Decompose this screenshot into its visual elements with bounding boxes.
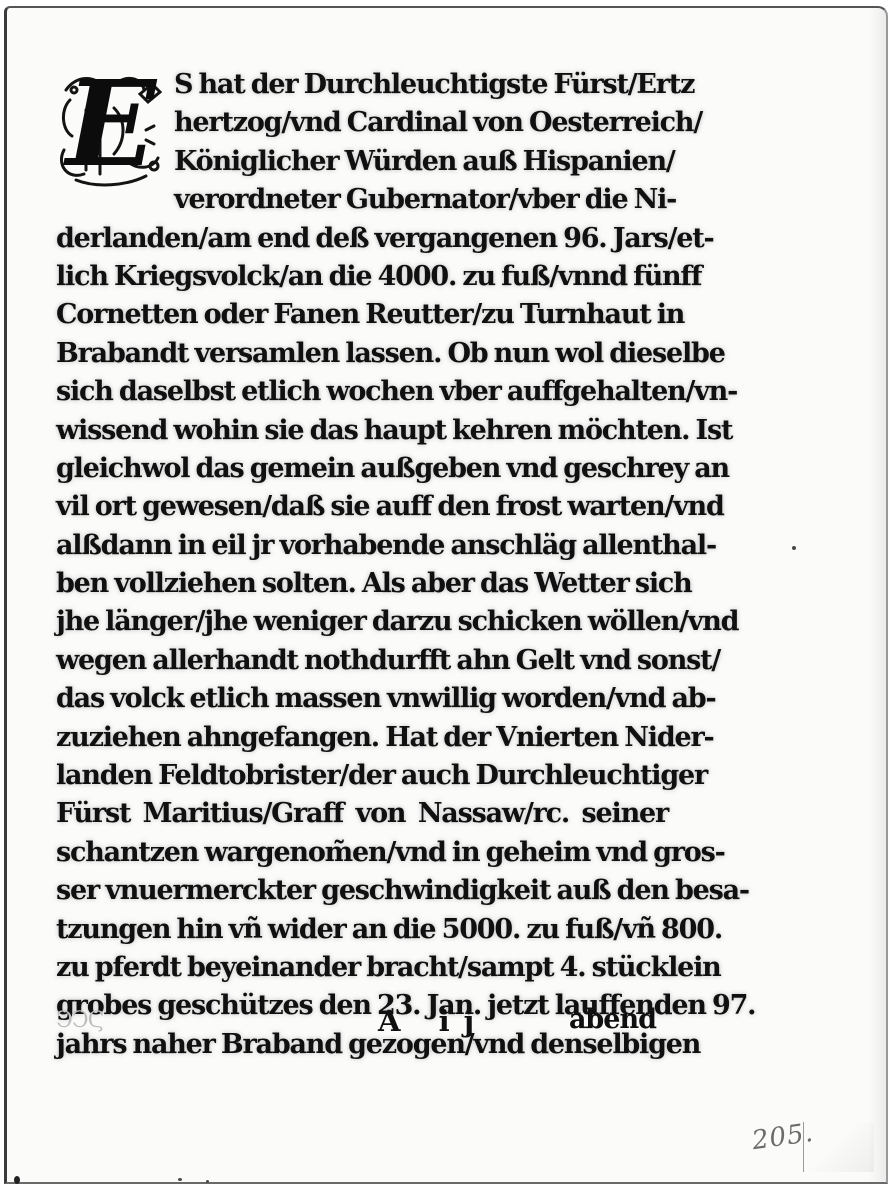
text-line: ser vnuermerckter geschwindigkeit auß de… (56, 872, 668, 910)
text-line: Fürst Maritius/Graff von Nassaw/rc. sein… (56, 795, 668, 833)
text-line: derlanden/am end deß vergangenen 96. Jar… (56, 220, 668, 258)
text-line: S hat der Durchleuchtigste Fürst/Ertz (56, 66, 668, 104)
catchword: abend (569, 1004, 656, 1035)
text-line: alßdann in eil jr vorhabende anschläg al… (56, 527, 668, 565)
body-text: S hat der Durchleuchtigste Fürst/Ertz he… (56, 66, 668, 1064)
signature-mark: A ij (378, 1004, 488, 1038)
text-line: Brabandt versamlen lassen. Ob nun wol di… (56, 335, 668, 373)
paper-speck (206, 1180, 209, 1183)
bleed-through-text: ϽϽϚ (56, 1008, 104, 1033)
text-line: ben vollziehen solten. Als aber das Wett… (56, 565, 668, 603)
text-line: verordneter Gubernator/vber die Ni- (56, 181, 668, 219)
text-line: das volck etlich massen vnwillig worden/… (56, 680, 668, 718)
text-line: zuziehen ahngefangen. Hat der Vnierten N… (56, 719, 668, 757)
page-footer: ϽϽϚ A ij abend (56, 1004, 668, 1044)
paper-speck (14, 1176, 20, 1184)
text-line: tzungen hin vñ wider an die 5000. zu fuß… (56, 911, 668, 949)
text-line: lich Kriegsvolck/an die 4000. zu fuß/vnn… (56, 258, 668, 296)
text-line: jhe länger/jhe weniger darzu schicken wö… (56, 603, 668, 641)
text-line: Cornetten oder Fanen Reutter/zu Turnhaut… (56, 296, 668, 334)
paper-speck (178, 1178, 182, 1181)
text-line: wissend wohin sie das haupt kehren möcht… (56, 412, 668, 450)
text-line: landen Feldtobrister/der auch Durchleuch… (56, 757, 668, 795)
text-line: wegen allerhandt nothdurfft ahn Gelt vnd… (56, 642, 668, 680)
text-line: schantzen wargenom̃en/vnd in geheim vnd … (56, 834, 668, 872)
text-line: sich daselbst etlich wochen vber auffgeh… (56, 373, 668, 411)
text-line: zu pferdt beyeinander bracht/sampt 4. st… (56, 949, 668, 987)
text-line: vil ort gewesen/daß sie auff den frost w… (56, 488, 668, 526)
paper-speck (792, 546, 796, 550)
text-line: gleichwol das gemein außgeben vnd geschr… (56, 450, 668, 488)
text-line: hertzog/vnd Cardinal von Oesterreich/ (56, 104, 668, 142)
text-line: Königlicher Würden auß Hispanien/ (56, 143, 668, 181)
